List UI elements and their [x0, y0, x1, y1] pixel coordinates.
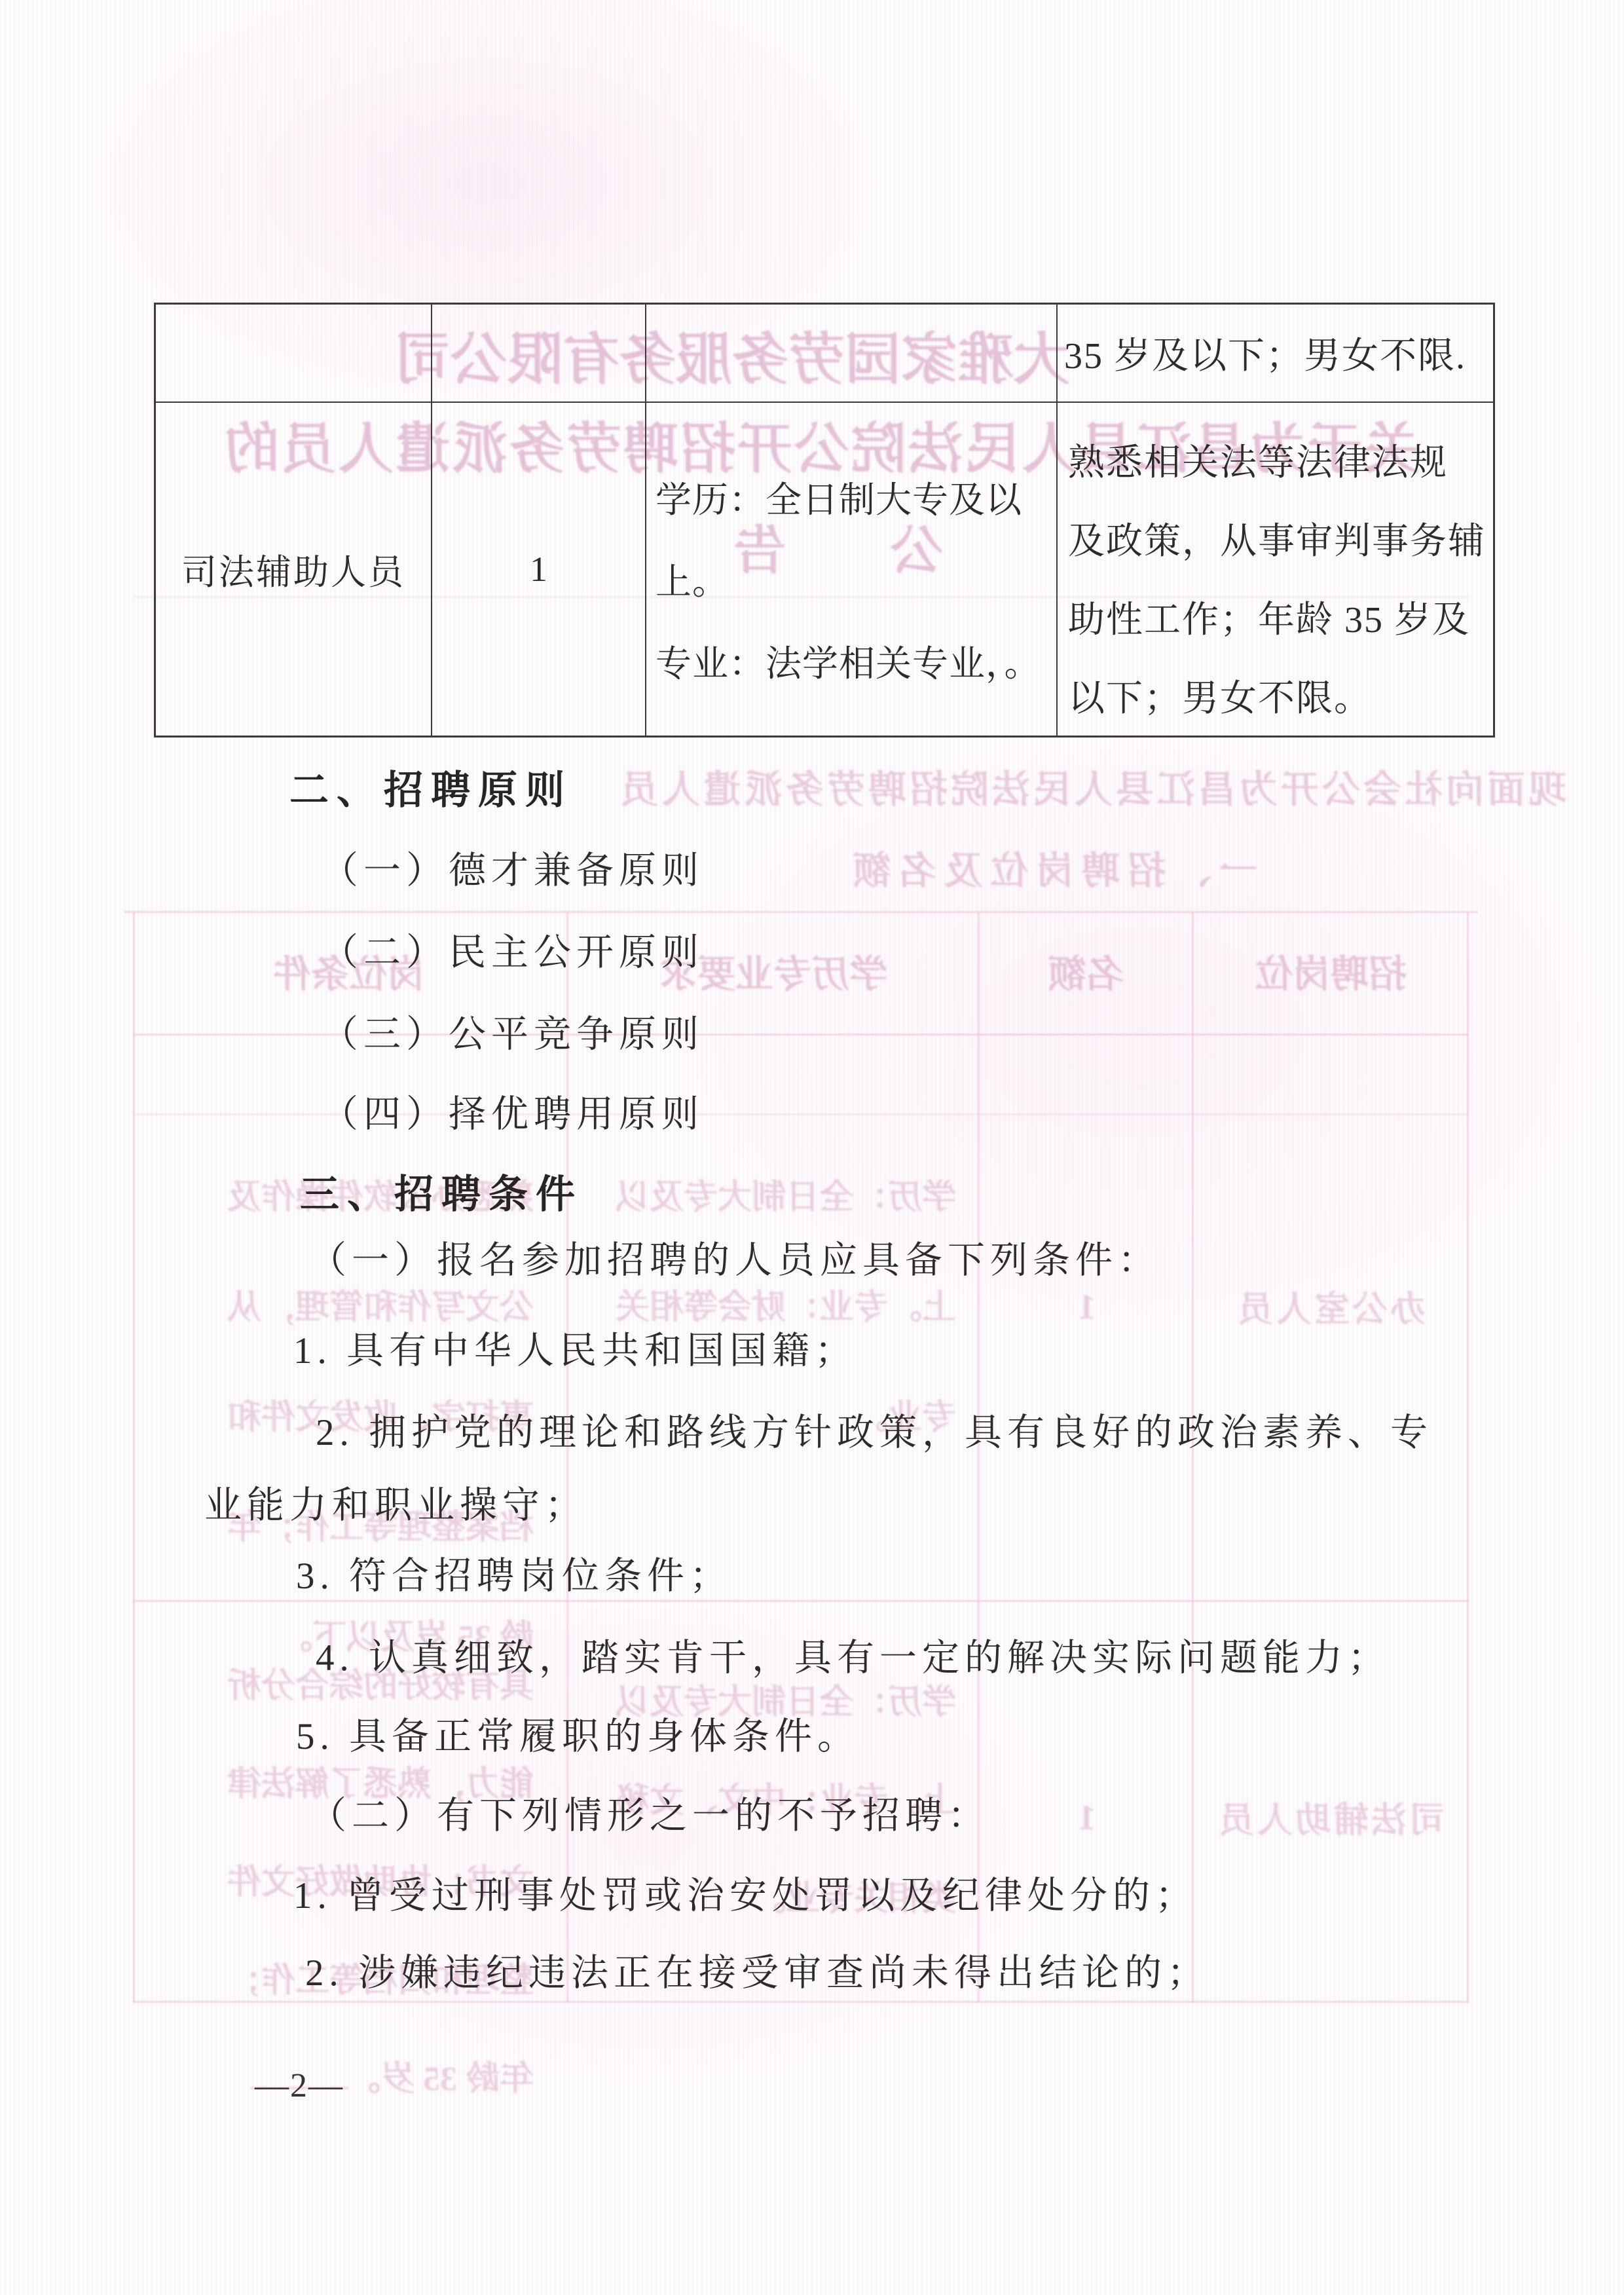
conditions-subheading-2: （二）有下列情形之一的不予招聘：	[309, 1785, 990, 1839]
table-r2-edu-line: 学历：全日制大专及以	[655, 459, 1056, 541]
section-heading-recruit-principles: 二、招聘原则	[289, 759, 572, 815]
principle-item-4: （四）择优聘用原则	[321, 1084, 704, 1138]
table-r1-cond-text: 35 岁及以下；男女不限.	[1064, 327, 1466, 379]
principle-item-1: （一）德才兼备原则	[321, 840, 704, 894]
bleed-grid-hline	[133, 2001, 1469, 2003]
table-r2-cond-line: 助性工作；年龄 35 岁及	[1068, 581, 1493, 660]
bleed-table-r1-position: 办公室人员	[1167, 1288, 1494, 1332]
principle-item-2: （二）民主公开原则	[321, 922, 704, 976]
bleed-table-r1-quota: 1	[1025, 1285, 1149, 1330]
condition-item-3: 3. 符合招聘岗位条件；	[296, 1546, 732, 1599]
table-r1-quota-empty	[431, 305, 645, 401]
bleed-grid-hline	[124, 911, 1478, 913]
bleed-table-r2-quota: 1	[1025, 1796, 1149, 1840]
exclusion-item-1: 1. 曾受过刑事处罚或治安处罚以及纪律处分的；	[293, 1865, 1198, 1919]
bleed-grid-vline	[1192, 912, 1194, 2002]
page-number: —2—	[255, 2066, 344, 2105]
table-r2-quota: 1	[431, 401, 645, 736]
table-r1-cond: 35 岁及以下；男女不限.	[1056, 305, 1493, 401]
table-r2-edu-line: 上。	[655, 541, 1056, 623]
scanned-document-page: { "document": { "page_number": "—2—", "t…	[0, 0, 1624, 2295]
exclusion-item-2: 2. 涉嫌违纪违法正在接受审查尚未得出结论的；	[305, 1943, 1209, 1996]
table-r2-position: 司法辅助人员	[156, 401, 431, 736]
bleed-back-section-heading: 一、招聘岗位及名额	[845, 848, 1257, 895]
principle-item-3: （三）公平竞争原则	[321, 1004, 704, 1058]
bleed-table-r2-position: 司法辅助人员	[1167, 1799, 1494, 1843]
table-r1-position-empty	[156, 305, 431, 401]
bleed-grid-hline	[133, 1600, 1469, 1602]
table-r2-edu-line: 专业：法学相关专业，。	[655, 623, 1056, 705]
condition-item-1: 1. 具有中华人民共和国国籍；	[293, 1320, 857, 1374]
bleed-back-intro-line: 现面向社会公开为昌江县人民法院招聘劳务派遣人员	[589, 766, 1566, 814]
table-r2-position-text: 司法辅助人员	[181, 544, 405, 595]
table-r2-edu: 学历：全日制大专及以 上。 专业：法学相关专业，。	[645, 401, 1056, 736]
table-r2-quota-text: 1	[530, 549, 547, 589]
table-r2-cond-line: 及政策，从事审判事务辅	[1068, 502, 1493, 581]
condition-item-5: 5. 具备正常履职的身体条件。	[296, 1706, 860, 1760]
bleed-table-header-quota: 名额	[1020, 951, 1151, 999]
bleed-table-header-position: 招聘岗位	[1167, 951, 1494, 999]
table-r2-cond-line: 熟悉相关法等法律法规	[1068, 424, 1493, 502]
table-r2-cond-line: 以下；男女不限。	[1068, 660, 1493, 738]
condition-item-4: 4. 认真细致，踏实肯干，具有一定的解决实际问题能力；	[316, 1628, 1390, 1681]
bleed-grid-vline	[133, 912, 135, 2002]
recruitment-table: 35 岁及以下；男女不限. 司法辅助人员 1 学历：全日制大专及以 上。 专业：…	[154, 303, 1495, 737]
condition-item-2: 2. 拥护党的理论和路线方针政策，具有良好的政治素养、专	[316, 1402, 1433, 1456]
condition-item-2-cont: 业能力和职业操守；	[204, 1475, 587, 1529]
conditions-subheading-1: （一）报名参加招聘的人员应具备下列条件：	[309, 1230, 1160, 1284]
bleed-grid-vline	[1467, 912, 1469, 2002]
section-heading-recruit-conditions: 三、招聘条件	[300, 1163, 583, 1220]
table-r2-cond: 熟悉相关法等法律法规 及政策，从事审判事务辅 助性工作；年龄 35 岁及 以下；…	[1056, 401, 1493, 736]
table-r1-edu-empty	[645, 305, 1056, 401]
